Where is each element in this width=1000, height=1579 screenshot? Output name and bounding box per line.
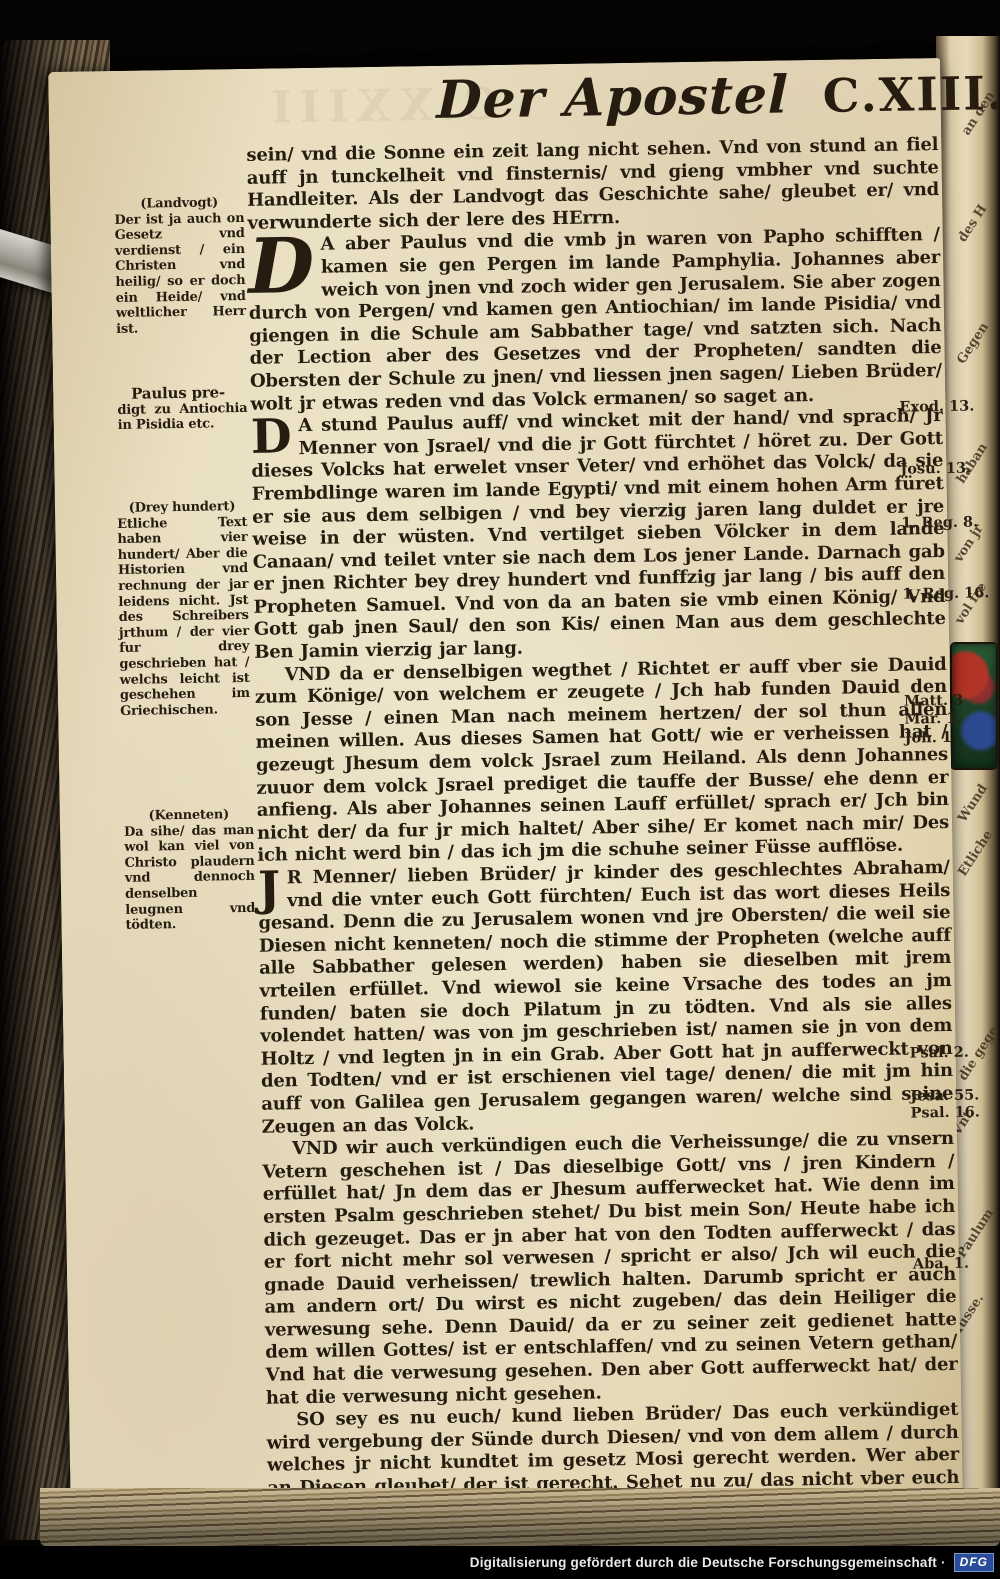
running-head: Der Apostel C.XIII.	[436, 63, 907, 131]
edge-text-fragment: des H	[955, 202, 990, 245]
scripture-reference: Aba. 1.	[913, 1254, 1000, 1273]
credit-text: Digitalisierung gefördert durch die Deut…	[470, 1555, 946, 1570]
digitization-credit-bar: Digitalisierung gefördert durch die Deut…	[0, 1546, 1000, 1579]
book-page-stack-bottom	[40, 1488, 1000, 1546]
paragraph-text: R Menner/ lieben Brüder/ jr kinder des g…	[258, 857, 953, 1137]
paragraph-text: A stund Paulus auff/ vnd wincket mit der…	[251, 405, 946, 663]
margin-note-text: Etliche Text haben vier hundert/ Aber di…	[117, 515, 250, 719]
drop-cap-initial: J	[258, 868, 281, 909]
main-text-column: sein/ vnd die Sonne ein zeit lang nicht …	[246, 134, 960, 1570]
paragraph: DA aber Paulus vnd die vmb jn waren von …	[248, 224, 943, 416]
margin-note-drey-hundert: (Drey hundert)Etliche Text haben vier hu…	[117, 499, 250, 719]
chapter-number: C.XIII.	[822, 66, 1000, 123]
scripture-reference: 1. Reg. 16.	[902, 584, 1000, 603]
scripture-reference: Psal. 16.	[910, 1103, 1000, 1122]
scripture-reference: Exod. 13.	[899, 397, 999, 416]
scripture-reference: Jesa. 55.	[910, 1086, 1000, 1105]
scanned-book-photo: C.XXIII Der Apostel C.XIII. sein/ vnd di…	[0, 0, 1000, 1579]
paragraph-text: sein/ vnd die Sonne ein zeit lang nicht …	[246, 134, 939, 234]
drop-cap-initial: D	[248, 235, 315, 298]
edge-text-fragment: Etliche	[955, 828, 996, 879]
margin-note-text: Da sihe/ das man wol kan viel von Christ…	[124, 822, 255, 933]
edge-text-fragment: Paulum	[954, 1206, 997, 1261]
scripture-reference: Matt. 3	[904, 691, 1000, 710]
page-title: Der Apostel	[436, 64, 789, 131]
paragraph-text: VND wir auch verkündigen euch die Verhei…	[262, 1128, 957, 1408]
scripture-reference: Joh. 1.	[905, 728, 1000, 747]
paragraph: VND da er denselbigen wegthet / Richtet …	[254, 654, 949, 868]
paragraph: VND wir auch verkündigen euch die Verhei…	[262, 1128, 958, 1410]
edge-text-fragment: Wund	[955, 782, 990, 825]
drop-cap-initial: D	[251, 416, 292, 458]
margin-note-landvogt: (Landvogt)Der ist ja auch on Gesetz vnd …	[114, 195, 246, 337]
scripture-reference: 1. Reg. 8.	[901, 513, 1000, 532]
paragraph: JR Menner/ lieben Brüder/ jr kinder des …	[258, 857, 954, 1139]
scripture-reference: Mar. 1.	[904, 709, 1000, 728]
paragraph-text: A aber Paulus vnd die vmb jn waren von P…	[249, 224, 942, 414]
margin-note-text: digt zu Antiochia in Pisidia etc.	[117, 401, 247, 434]
paragraph-text: VND da er denselbigen wegthet / Richtet …	[255, 654, 949, 867]
edge-text-fragment: Gegen	[954, 320, 992, 367]
scripture-reference: Josu. 13.	[900, 459, 1000, 478]
book-page: C.XXIII Der Apostel C.XIII. sein/ vnd di…	[48, 58, 962, 1508]
paragraph: sein/ vnd die Sonne ein zeit lang nicht …	[246, 134, 939, 235]
margin-note-text: Der ist ja auch on Gesetz vnd verdienst …	[114, 211, 246, 337]
margin-note-kenneten: (Kenneten)Da sihe/ das man wol kan viel …	[124, 807, 256, 934]
dfg-logo: DFG	[954, 1553, 994, 1572]
scripture-reference: Psal. 2.	[909, 1043, 1000, 1062]
margin-note-paulus: Paulus pre-digt zu Antiochia in Pisidia …	[117, 385, 248, 434]
paragraph: DA stund Paulus auff/ vnd wincket mit de…	[251, 405, 947, 664]
